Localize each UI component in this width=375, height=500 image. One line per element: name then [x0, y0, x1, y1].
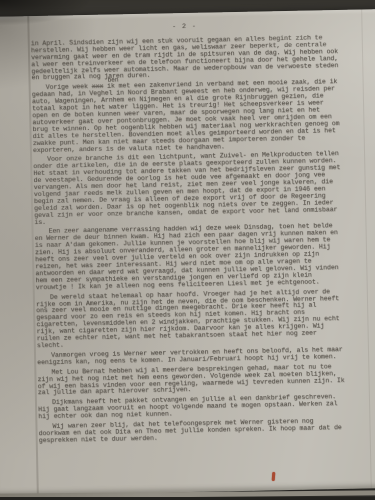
scanned-letter-photo: - 2 - in April. Sindsdien zijn wij een s…	[0, 0, 375, 500]
paragraph-2-post: ik met een zakenvriend in verband met ee…	[32, 78, 340, 153]
paragraph-2: Vorige week benxxx ik met een zakenvrien…	[32, 79, 341, 154]
paragraph-4: Een zeer aangename verrassing hadden wij…	[35, 223, 344, 291]
typed-correction-strike: xxx	[92, 83, 104, 90]
paragraph-3: Voor onze branche is dit een lichtpunt, …	[33, 151, 342, 226]
typed-correction: benxxx	[92, 83, 104, 90]
paper-crease-right	[361, 9, 372, 488]
paragraph-5: De wereld staat helemaal op haar hoofd. …	[36, 289, 345, 350]
letter-body: - 2 - in April. Sindsdien zijn wij een s…	[30, 21, 346, 448]
paragraph-7: Met Lou Bernat hebben wij al meerdere be…	[37, 364, 345, 398]
photo-corner-shadow	[0, 0, 120, 34]
red-pencil-mark	[272, 472, 276, 481]
paper-sheet: - 2 - in April. Sindsdien zijn wij een s…	[0, 9, 375, 496]
paragraph-1: in April. Sindsdien zijn wij een stuk vo…	[31, 35, 340, 83]
paragraph-9: Wij waren zeer blij, dat het telefoonges…	[38, 418, 346, 445]
